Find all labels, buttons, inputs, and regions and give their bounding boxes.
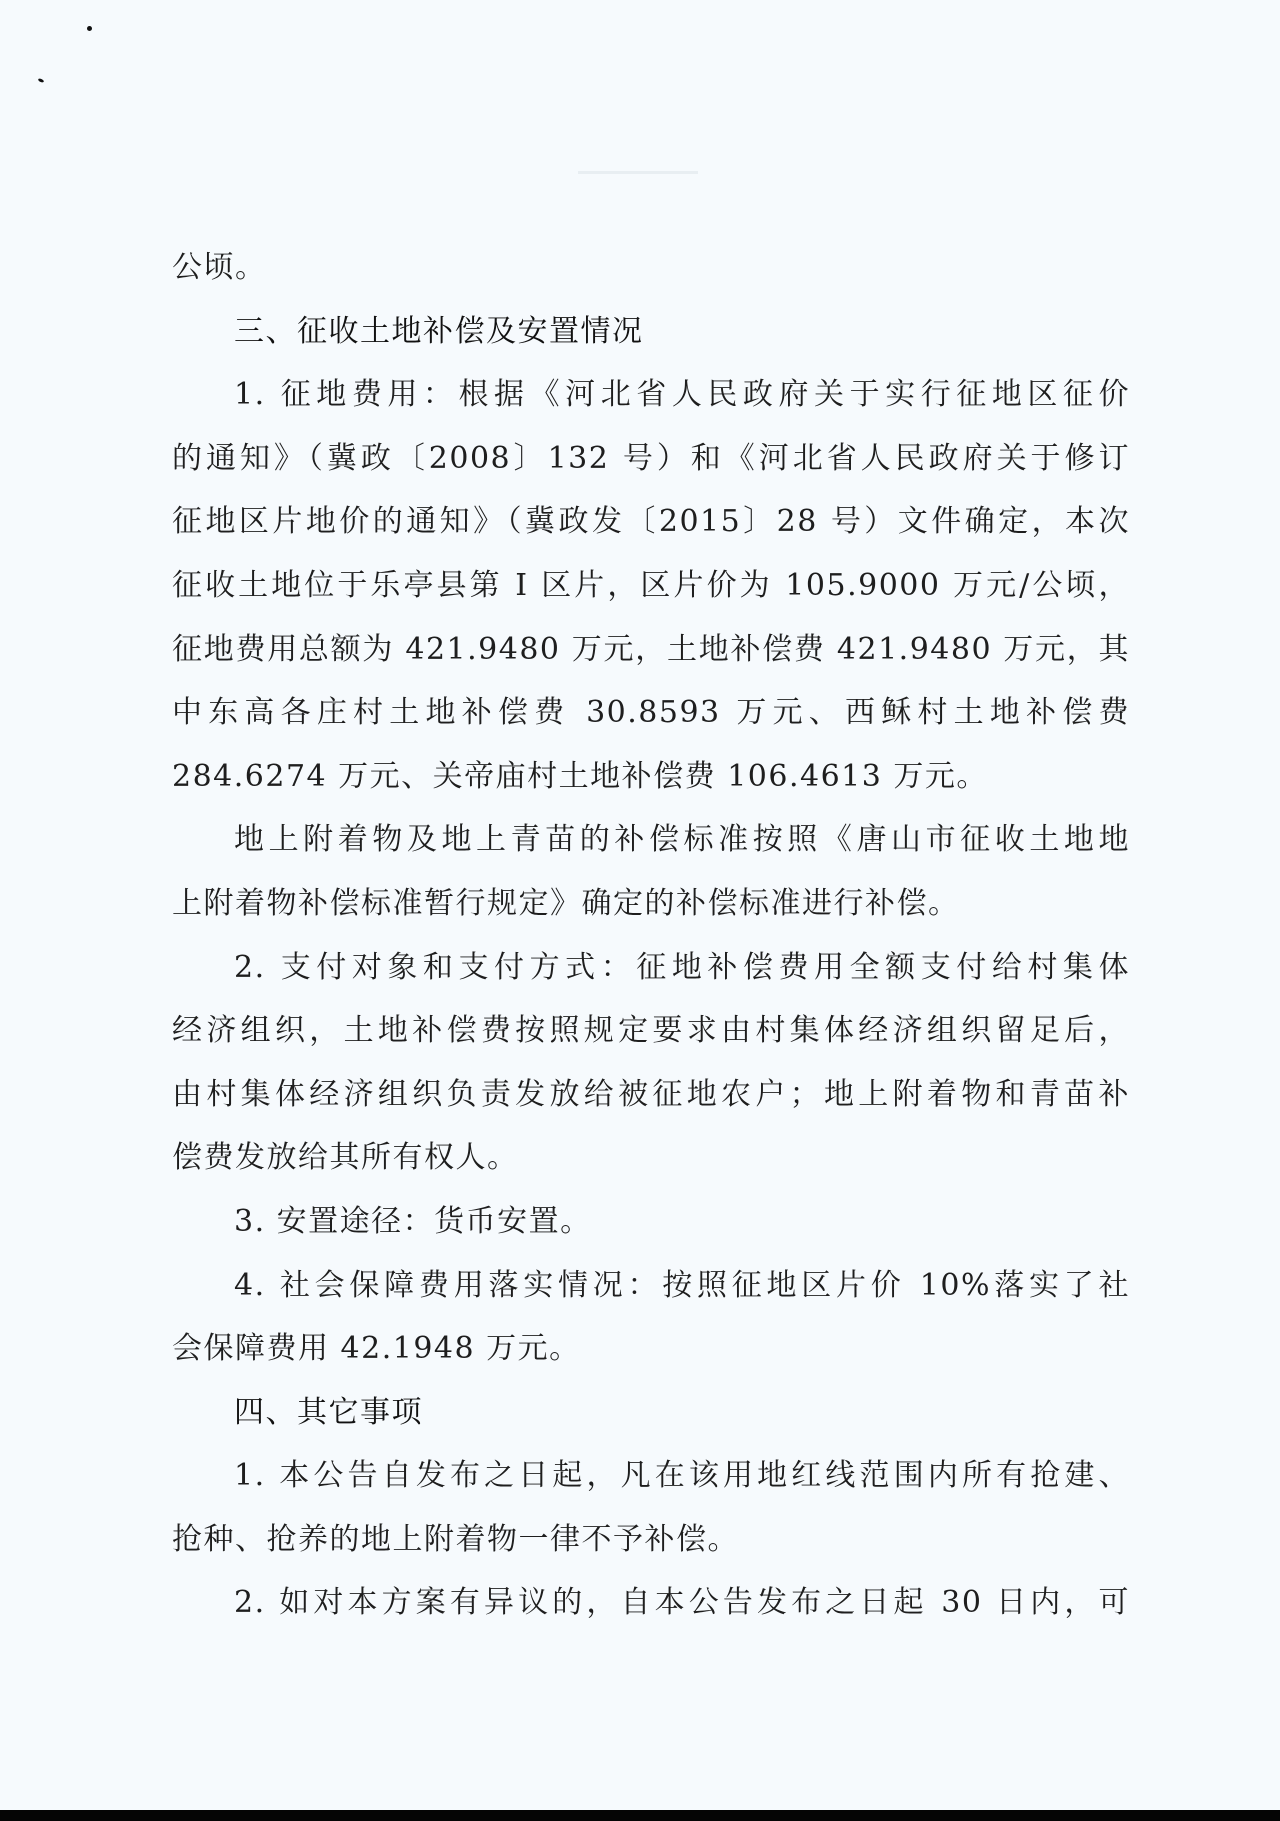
text-line: 284.6274 万元、关帝庙村土地补偿费 106.4613 万元。	[172, 745, 1130, 809]
paragraph-land-fee: 1. 征地费用：根据《河北省人民政府关于实行征地区征价 的通知》（冀政〔2008…	[172, 363, 1130, 808]
scanned-page: 公顷。 三、征收土地补偿及安置情况 1. 征地费用：根据《河北省人民政府关于实行…	[0, 0, 1280, 1810]
text-line: 的通知》（冀政〔2008〕132 号）和《河北省人民政府关于修订	[172, 427, 1130, 491]
text-line: 由村集体经济组织负责发放给被征地农户；地上附着物和青苗补	[172, 1063, 1130, 1127]
text-line: 中东高各庄村土地补偿费 30.8593 万元、西稣村土地补偿费	[172, 681, 1130, 745]
scan-speck	[87, 26, 92, 31]
text-line: 经济组织，土地补偿费按照规定要求由村集体经济组织留足后，	[172, 999, 1130, 1063]
text-line: 征地费用总额为 421.9480 万元，土地补偿费 421.9480 万元，其	[172, 618, 1130, 682]
text-line: 地上附着物及地上青苗的补偿标准按照《唐山市征收土地地	[172, 808, 1130, 872]
text-line: 4. 社会保障费用落实情况：按照征地区片价 10%落实了社	[172, 1254, 1130, 1318]
text-line: 2. 支付对象和支付方式：征地补偿费用全额支付给村集体	[172, 936, 1130, 1000]
paragraph-social-security: 4. 社会保障费用落实情况：按照征地区片价 10%落实了社 会保障费用 42.1…	[172, 1254, 1130, 1381]
scan-speck	[38, 78, 45, 83]
text-line: 征地区片地价的通知》（冀政发〔2015〕28 号）文件确定，本次	[172, 490, 1130, 554]
text-line: 抢种、抢养的地上附着物一律不予补偿。	[172, 1508, 1130, 1572]
text-line: 2. 如对本方案有异议的，自本公告发布之日起 30 日内，可	[172, 1571, 1130, 1635]
text-line: 上附着物补偿标准暂行规定》确定的补偿标准进行补偿。	[172, 872, 1130, 936]
text-line: 1. 本公告自发布之日起，凡在该用地红线范围内所有抢建、	[172, 1444, 1130, 1508]
section-heading-3: 三、征收土地补偿及安置情况	[172, 300, 1130, 364]
text-line: 1. 征地费用：根据《河北省人民政府关于实行征地区征价	[172, 363, 1130, 427]
continuation-line: 公顷。	[172, 236, 1130, 300]
text-line: 3. 安置途径：货币安置。	[172, 1190, 1130, 1254]
text-line: 会保障费用 42.1948 万元。	[172, 1317, 1130, 1381]
paragraph-resettlement: 3. 安置途径：货币安置。	[172, 1190, 1130, 1254]
paragraph-attachments: 地上附着物及地上青苗的补偿标准按照《唐山市征收土地地 上附着物补偿标准暂行规定》…	[172, 808, 1130, 935]
section-heading-4: 四、其它事项	[172, 1381, 1130, 1445]
paragraph-notice: 1. 本公告自发布之日起，凡在该用地红线范围内所有抢建、 抢种、抢养的地上附着物…	[172, 1444, 1130, 1571]
text-line: 征收土地位于乐亭县第 I 区片，区片价为 105.9000 万元/公顷，	[172, 554, 1130, 618]
paragraph-payment: 2. 支付对象和支付方式：征地补偿费用全额支付给村集体 经济组织，土地补偿费按照…	[172, 936, 1130, 1190]
paragraph-objection: 2. 如对本方案有异议的，自本公告发布之日起 30 日内，可	[172, 1571, 1130, 1635]
document-body: 公顷。 三、征收土地补偿及安置情况 1. 征地费用：根据《河北省人民政府关于实行…	[172, 236, 1130, 1635]
scan-artifact	[578, 171, 698, 174]
text-line: 偿费发放给其所有权人。	[172, 1126, 1130, 1190]
scan-bottom-edge	[0, 1810, 1280, 1821]
